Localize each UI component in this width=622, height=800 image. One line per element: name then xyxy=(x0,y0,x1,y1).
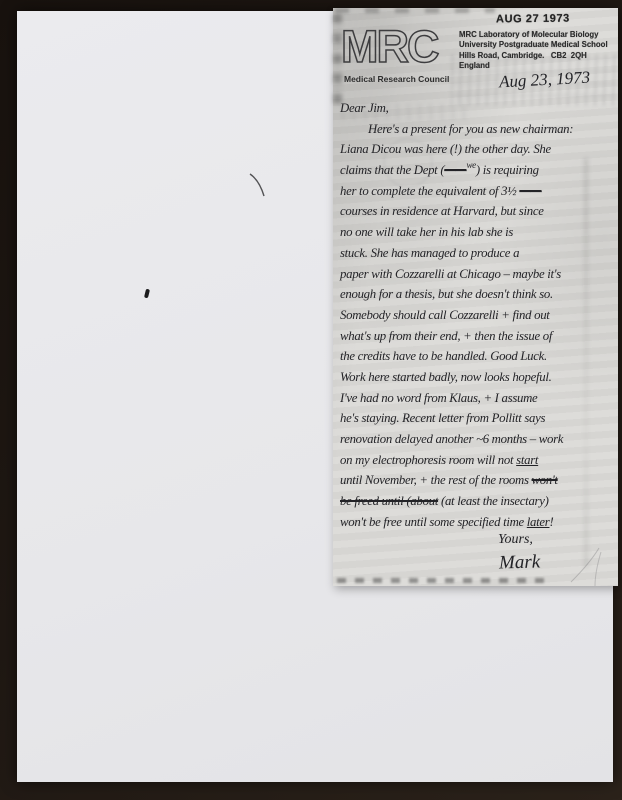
struck-text: —— xyxy=(519,184,541,198)
letter-line: on my electrophoresis room will not star… xyxy=(340,450,616,471)
handwritten-text: renovation delayed another ~6 months – w… xyxy=(340,432,563,446)
address-line: University Postgraduate Medical School xyxy=(459,40,608,50)
letter-line: won't be free until some specified time … xyxy=(340,512,616,533)
letter-line: paper with Cozzarelli at Chicago – maybe… xyxy=(340,264,616,285)
handwritten-text: enough for a thesis, but she doesn't thi… xyxy=(340,287,553,301)
letterhead-address: MRC Laboratory of Molecular BiologyUnive… xyxy=(459,30,608,72)
letter-line: enough for a thesis, but she doesn't thi… xyxy=(340,284,616,305)
paper-wrinkle xyxy=(565,546,605,588)
hair-mark xyxy=(248,172,268,198)
signature: Mark xyxy=(499,551,541,574)
salutation: Dear Jim, xyxy=(340,98,616,119)
handwritten-text: the credits have to be handled. Good Luc… xyxy=(340,349,547,363)
handwritten-text: her to complete the equivalent of 3½ xyxy=(340,184,519,198)
handwritten-text: ) is requiring xyxy=(476,163,539,177)
letter-line: stuck. She has managed to produce a xyxy=(340,243,616,264)
mrc-logo: MRC xyxy=(341,21,445,71)
svg-text:MRC: MRC xyxy=(341,21,439,71)
letter-line: the credits have to be handled. Good Luc… xyxy=(340,346,616,367)
letter-line: courses in residence at Harvard, but sin… xyxy=(340,201,616,222)
letter-line: be freed until (about (at least the inse… xyxy=(340,491,616,512)
handwritten-text: Somebody should call Cozzarelli + find o… xyxy=(340,308,550,322)
handwritten-text: what's up from their end, + then the iss… xyxy=(340,329,552,343)
underlined-text: start xyxy=(516,453,538,467)
edge-smudge xyxy=(335,8,495,13)
handwritten-text: Work here started badly, now looks hopef… xyxy=(340,370,552,384)
letter-line: I've had no word from Klaus, + I assume xyxy=(340,388,616,409)
handwritten-text: until November, + the rest of the rooms xyxy=(340,473,532,487)
handwritten-text: (at least the insectary) xyxy=(438,494,548,508)
struck-text: won't xyxy=(532,473,558,487)
mrc-logo-caption: Medical Research Council xyxy=(344,74,449,84)
letter-body: Dear Jim, Here's a present for you as ne… xyxy=(340,98,616,532)
letter-line: what's up from their end, + then the iss… xyxy=(340,326,616,347)
inserted-text: we xyxy=(466,160,475,170)
letter-line: Liana Dicou was here (!) the other day. … xyxy=(340,139,616,160)
handwritten-text: ! xyxy=(549,515,553,529)
letter-line: Here's a present for you as new chairman… xyxy=(340,119,616,140)
letter-line: no one will take her in his lab she is xyxy=(340,222,616,243)
photo-background: AUG 27 1973 MRC Medical Research Council… xyxy=(0,0,622,800)
letter-line: Somebody should call Cozzarelli + find o… xyxy=(340,305,616,326)
letter-paper: AUG 27 1973 MRC Medical Research Council… xyxy=(333,8,618,586)
letter-line: renovation delayed another ~6 months – w… xyxy=(340,429,616,450)
torn-bottom-edge xyxy=(337,578,552,583)
handwritten-text: Liana Dicou was here (!) the other day. … xyxy=(340,142,551,156)
handwritten-text: on my electrophoresis room will not xyxy=(340,453,516,467)
handwritten-text: claims that the Dept ( xyxy=(340,163,444,177)
handwritten-text: no one will take her in his lab she is xyxy=(340,225,513,239)
handwritten-text: I've had no word from Klaus, + I assume xyxy=(340,391,537,405)
address-line: Hills Road, Cambridge. CB2 2QH xyxy=(459,51,608,61)
letter-line: claims that the Dept (——we) is requiring xyxy=(340,160,616,181)
handwritten-text: he's staying. Recent letter from Pollitt… xyxy=(340,411,545,425)
letter-line: her to complete the equivalent of 3½ —— xyxy=(340,181,616,202)
ink-speck xyxy=(144,289,150,299)
handwritten-text: won't be free until some specified time xyxy=(340,515,527,529)
address-line: MRC Laboratory of Molecular Biology xyxy=(459,30,608,40)
underlined-text: later xyxy=(527,515,550,529)
closing: Yours, xyxy=(498,532,533,548)
letter-line: Work here started badly, now looks hopef… xyxy=(340,367,616,388)
struck-text: be freed until (about xyxy=(340,494,438,508)
handwritten-text: courses in residence at Harvard, but sin… xyxy=(340,204,544,218)
handwritten-text: Here's a present for you as new chairman… xyxy=(368,122,573,136)
letter-line: until November, + the rest of the rooms … xyxy=(340,470,616,491)
received-date-stamp: AUG 27 1973 xyxy=(496,13,570,26)
struck-text: —— xyxy=(444,163,466,177)
handwritten-text: stuck. She has managed to produce a xyxy=(340,246,519,260)
letter-line: he's staying. Recent letter from Pollitt… xyxy=(340,408,616,429)
handwritten-text: paper with Cozzarelli at Chicago – maybe… xyxy=(340,267,561,281)
